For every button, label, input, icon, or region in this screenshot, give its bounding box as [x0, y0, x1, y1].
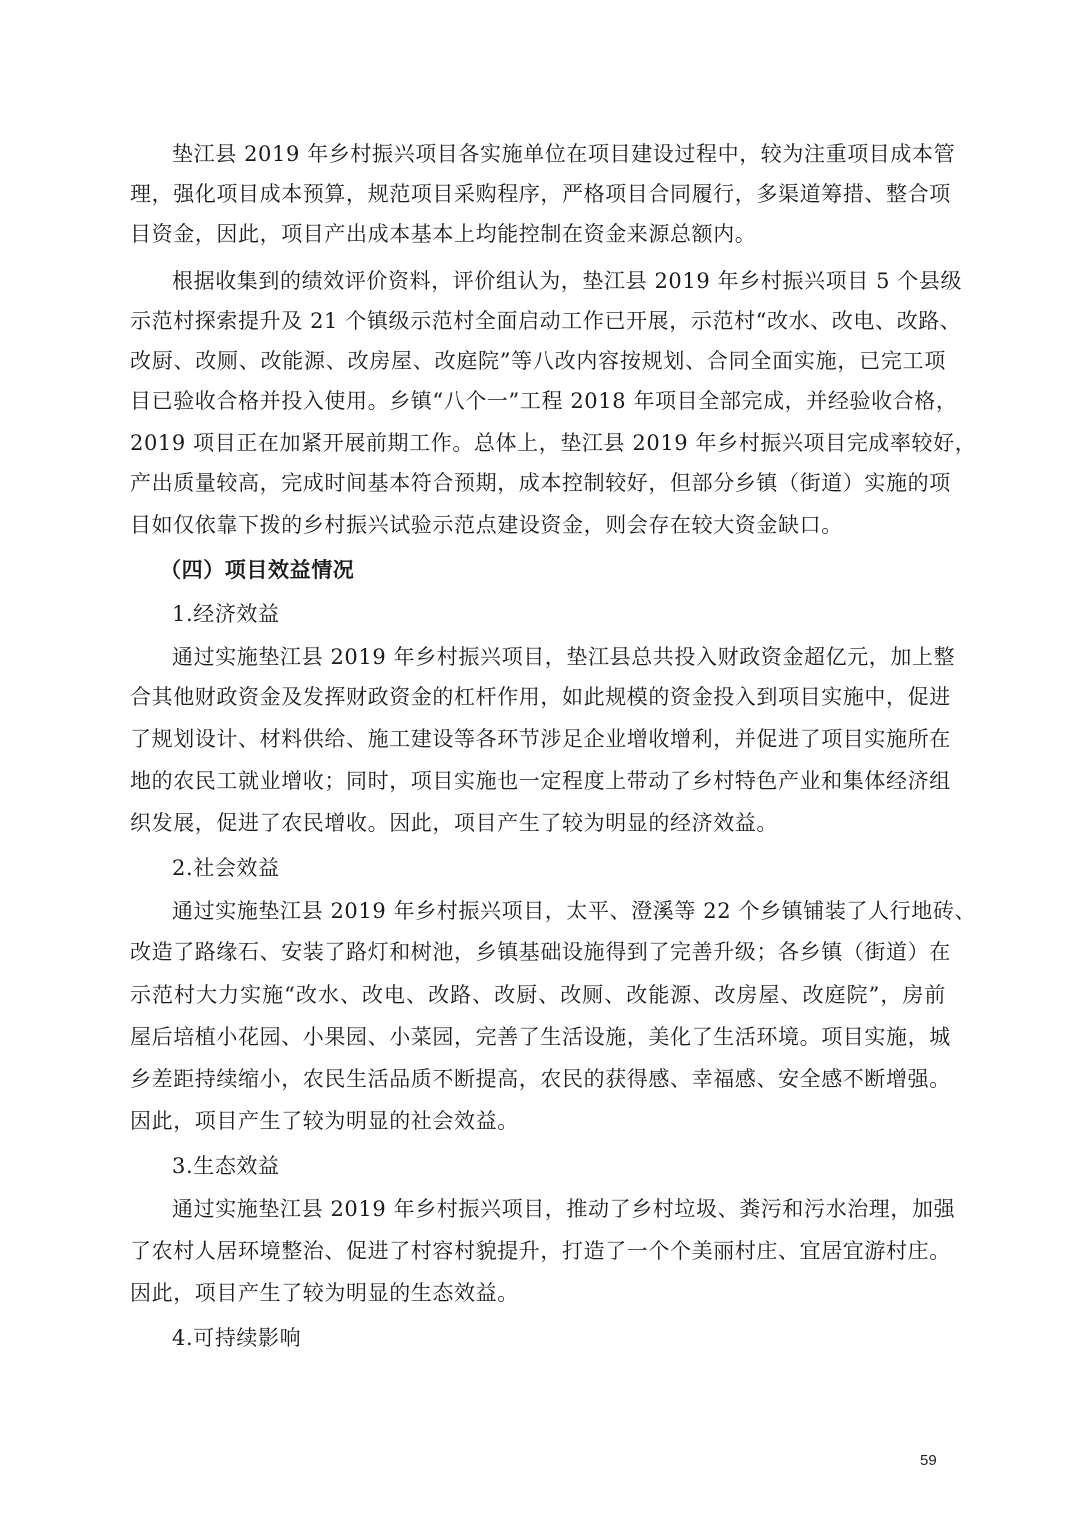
paragraph-line: 通过实施垫江县 2019 年乡村振兴项目，垫江县总共投入财政资金超亿元，加上整 [130, 639, 946, 675]
paragraph-line: 乡差距持续缩小，农民生活品质不断提高，农民的获得感、幸福感、安全感不断增强。 [130, 1061, 946, 1097]
paragraph-line: 通过实施垫江县 2019 年乡村振兴项目，推动了乡村垃圾、粪污和污水治理，加强 [130, 1191, 946, 1227]
paragraph-line: 屋后培植小花园、小果园、小菜园，完善了生活设施，美化了生活环境。项目实施，城 [130, 1019, 946, 1055]
subsection-heading: 4.可持续影响 [130, 1320, 946, 1356]
subsection-heading: 2.社会效益 [130, 850, 946, 886]
paragraph-line: 地的农民工就业增收；同时，项目实施也一定程度上带动了乡村特色产业和集体经济组 [130, 763, 946, 799]
page-number: 59 [920, 1452, 937, 1469]
paragraph-line: 示范村大力实施“改水、改电、改路、改厨、改厕、改能源、改房屋、改庭院”，房前 [130, 977, 946, 1013]
paragraph-line: 因此，项目产生了较为明显的生态效益。 [130, 1275, 946, 1311]
subsection-heading: 1.经济效益 [130, 596, 946, 632]
paragraph-line: 示范村探索提升及 21 个镇级示范村全面启动工作已开展，示范村“改水、改电、改路… [130, 303, 946, 339]
subsection-heading: 3.生态效益 [130, 1148, 946, 1184]
paragraph-line: 通过实施垫江县 2019 年乡村振兴项目，太平、澄溪等 22 个乡镇铺装了人行地… [130, 893, 946, 929]
paragraph-line: 产出质量较高，完成时间基本符合预期，成本控制较好，但部分乡镇（街道）实施的项 [130, 465, 946, 501]
paragraph-line: 目如仅依靠下拨的乡村振兴试验示范点建设资金，则会存在较大资金缺口。 [130, 507, 946, 543]
section-heading: （四）项目效益情况 [130, 552, 946, 588]
paragraph-line: 目资金，因此，项目产出成本基本上均能控制在资金来源总额内。 [130, 216, 946, 252]
paragraph-line: 垫江县 2019 年乡村振兴项目各实施单位在项目建设过程中，较为注重项目成本管 [130, 136, 946, 172]
paragraph-line: 了规划设计、材料供给、施工建设等各环节涉足企业增收增利，并促进了项目实施所在 [130, 721, 946, 757]
paragraph-line: 理，强化项目成本预算，规范项目采购程序，严格项目合同履行，多渠道筹措、整合项 [130, 176, 946, 212]
paragraph-line: 改造了路缘石、安装了路灯和树池，乡镇基础设施得到了完善升级；各乡镇（街道）在 [130, 934, 946, 970]
paragraph-line: 2019 项目正在加紧开展前期工作。总体上，垫江县 2019 年乡村振兴项目完成… [130, 425, 946, 461]
paragraph-line: 目已验收合格并投入使用。乡镇“八个一”工程 2018 年项目全部完成，并经验收合… [130, 383, 946, 419]
paragraph-line: 改厨、改厕、改能源、改房屋、改庭院”等八改内容按规划、合同全面实施，已完工项 [130, 343, 946, 379]
paragraph-line: 织发展，促进了农民增收。因此，项目产生了较为明显的经济效益。 [130, 805, 946, 841]
paragraph-line: 根据收集到的绩效评价资料，评价组认为，垫江县 2019 年乡村振兴项目 5 个县… [130, 263, 946, 299]
paragraph-line: 了农村人居环境整治、促进了村容村貌提升，打造了一个个美丽村庄、宜居宜游村庄。 [130, 1233, 946, 1269]
paragraph-line: 合其他财政资金及发挥财政资金的杠杆作用，如此规模的资金投入到项目实施中，促进 [130, 679, 946, 715]
paragraph-line: 因此，项目产生了较为明显的社会效益。 [130, 1103, 946, 1139]
